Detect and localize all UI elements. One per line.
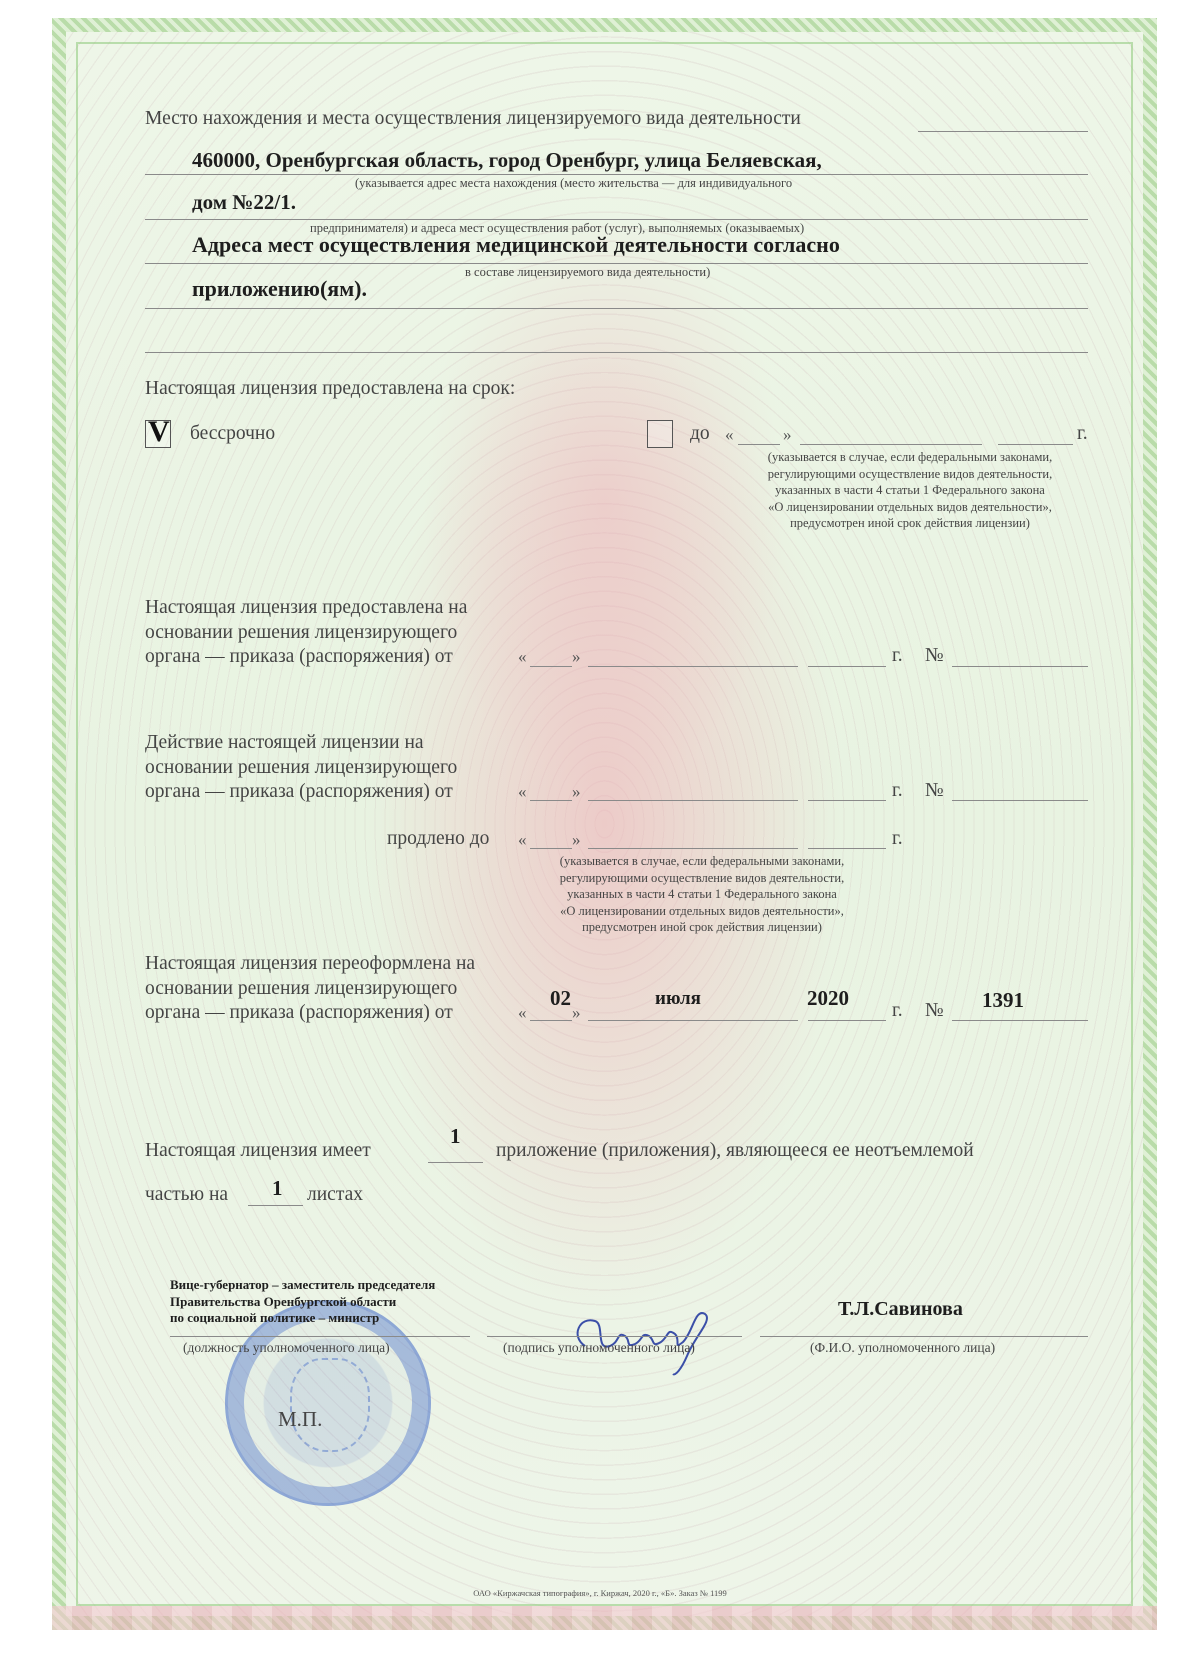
- caption-position: (должность уполномоченного лица): [183, 1340, 390, 1356]
- extended-number-field[interactable]: [952, 800, 1088, 801]
- unlimited-label: бессрочно: [190, 423, 275, 445]
- extended-until-close-quote: »: [572, 830, 581, 850]
- extended-until-year-field[interactable]: [808, 848, 886, 849]
- term-note-line: (указывается в случае, если федеральными…: [730, 449, 1090, 466]
- extended-close-quote: »: [572, 782, 581, 802]
- granted-label: Настоящая лицензия предоставлена на осно…: [145, 596, 467, 670]
- extended-until-label: продлено до: [387, 828, 489, 850]
- address-hint-1: (указывается адрес места нахождения (мес…: [355, 176, 792, 191]
- position-line: [170, 1336, 470, 1337]
- extended-year-suffix: г.: [892, 780, 903, 802]
- reissued-day-value[interactable]: 02: [550, 986, 571, 1011]
- extended-number-sign: №: [925, 780, 944, 802]
- extended-until-open-quote: «: [518, 830, 527, 850]
- license-sheet: [52, 18, 1157, 1630]
- extended-label-line: основании решения лицензирующего: [145, 756, 457, 781]
- granted-number-sign: №: [925, 645, 944, 667]
- sheets-text-after: листах: [307, 1184, 363, 1206]
- caption-signature: (подпись уполномоченного лица): [503, 1340, 695, 1356]
- extended-open-quote: «: [518, 782, 527, 802]
- appendix-text-after: приложение (приложения), являющееся ее н…: [496, 1140, 974, 1162]
- until-close-quote: »: [783, 425, 792, 445]
- until-year-suffix: г.: [1077, 423, 1088, 445]
- reissued-label-line: Настоящая лицензия переоформлена на: [145, 952, 475, 977]
- extended-until-month-field[interactable]: [588, 848, 798, 849]
- until-year-field[interactable]: [998, 444, 1073, 445]
- signatory-position: Вице-губернатор – заместитель председате…: [170, 1277, 435, 1327]
- extended-until-year-suffix: г.: [892, 828, 903, 850]
- granted-label-line: Настоящая лицензия предоставлена на: [145, 596, 467, 621]
- checkbox-until[interactable]: [647, 420, 673, 448]
- reissued-open-quote: «: [518, 1003, 527, 1023]
- granted-month-field[interactable]: [588, 666, 798, 667]
- reissued-number-field: [952, 1020, 1088, 1021]
- sheets-count-value[interactable]: 1: [272, 1176, 283, 1201]
- appendix-count-field: [428, 1162, 483, 1163]
- location-label-line: [918, 131, 1088, 132]
- extended-note-line: регулирующими осуществление видов деятел…: [512, 870, 892, 887]
- reissued-number-value[interactable]: 1391: [982, 988, 1024, 1013]
- address-hint-3: в составе лицензируемого вида деятельнос…: [465, 265, 710, 280]
- until-open-quote: «: [725, 425, 734, 445]
- reissued-year-field: [808, 1020, 886, 1021]
- extended-note-line: указанных в части 4 статьи 1 Федеральног…: [512, 886, 892, 903]
- signatory-position-line: Вице-губернатор – заместитель председате…: [170, 1277, 435, 1294]
- decorative-border-bottom: [52, 1606, 1157, 1630]
- appendix-text-before: Настоящая лицензия имеет: [145, 1140, 371, 1162]
- granted-year-suffix: г.: [892, 645, 903, 667]
- official-seal: [225, 1300, 431, 1506]
- reissued-month-value[interactable]: июля: [655, 988, 701, 1010]
- term-label: Настоящая лицензия предоставлена на срок…: [145, 378, 515, 400]
- until-day-field[interactable]: [738, 444, 780, 445]
- reissued-year-value[interactable]: 2020: [807, 986, 849, 1011]
- activity-line-2: приложению(ям).: [192, 276, 367, 302]
- extended-label-line: Действие настоящей лицензии на: [145, 731, 457, 756]
- extended-note-line: предусмотрен иной срок действия лицензии…: [512, 919, 892, 936]
- reissued-day-field: [530, 1020, 572, 1021]
- name-line: [760, 1336, 1088, 1337]
- term-note-line: предусмотрен иной срок действия лицензии…: [730, 515, 1090, 532]
- extended-day-field[interactable]: [530, 800, 572, 801]
- caption-name: (Ф.И.О. уполномоченного лица): [810, 1340, 995, 1356]
- extended-label-line: органа — приказа (распоряжения) от: [145, 780, 457, 805]
- address-rule-2: [145, 219, 1088, 220]
- activity-rule-2: [145, 308, 1088, 309]
- appendix-count-value[interactable]: 1: [450, 1124, 461, 1149]
- activity-line-1: Адреса мест осуществления медицинской де…: [192, 232, 840, 258]
- granted-label-line: основании решения лицензирующего: [145, 621, 467, 646]
- reissued-label: Настоящая лицензия переоформлена на осно…: [145, 952, 475, 1026]
- check-mark-icon: V: [148, 415, 170, 449]
- granted-day-field[interactable]: [530, 666, 572, 667]
- extended-until-day-field[interactable]: [530, 848, 572, 849]
- address-rule-1: [145, 174, 1088, 175]
- extended-note-line: «О лицензировании отдельных видов деятел…: [512, 903, 892, 920]
- term-note-line: указанных в части 4 статьи 1 Федеральног…: [730, 482, 1090, 499]
- coat-of-arms-icon: [290, 1358, 370, 1452]
- reissued-number-sign: №: [925, 1000, 944, 1022]
- term-note-line: «О лицензировании отдельных видов деятел…: [730, 499, 1090, 516]
- granted-number-field[interactable]: [952, 666, 1088, 667]
- extended-note: (указывается в случае, если федеральными…: [512, 853, 892, 936]
- until-month-field[interactable]: [800, 444, 982, 445]
- signatory-position-line: по социальной политике – министр: [170, 1310, 435, 1327]
- reissued-label-line: основании решения лицензирующего: [145, 977, 475, 1002]
- signatory-position-line: Правительства Оренбургской области: [170, 1294, 435, 1311]
- activity-rule-1: [145, 263, 1088, 264]
- reissued-close-quote: »: [572, 1003, 581, 1023]
- term-note-line: регулирующими осуществление видов деятел…: [730, 466, 1090, 483]
- extended-year-field[interactable]: [808, 800, 886, 801]
- granted-close-quote: »: [572, 647, 581, 667]
- granted-label-line: органа — приказа (распоряжения) от: [145, 645, 467, 670]
- seal-label: М.П.: [278, 1407, 322, 1432]
- checkbox-unlimited[interactable]: V: [145, 420, 171, 448]
- until-label: до: [690, 423, 710, 445]
- address-line-2: дом №22/1.: [192, 190, 296, 215]
- sheets-text-before: частью на: [145, 1184, 228, 1206]
- granted-open-quote: «: [518, 647, 527, 667]
- extended-month-field[interactable]: [588, 800, 798, 801]
- signature-line: [487, 1336, 742, 1337]
- granted-year-field[interactable]: [808, 666, 886, 667]
- term-note: (указывается в случае, если федеральными…: [730, 449, 1090, 532]
- extended-label: Действие настоящей лицензии на основании…: [145, 731, 457, 805]
- printer-imprint: ОАО «Киржачская типография», г. Киржач, …: [0, 1588, 1200, 1598]
- signatory-name: Т.Л.Савинова: [838, 1298, 963, 1321]
- activity-rule-3: [145, 352, 1088, 353]
- reissued-month-field: [588, 1020, 798, 1021]
- location-label: Место нахождения и места осуществления л…: [145, 108, 801, 130]
- reissued-label-line: органа — приказа (распоряжения) от: [145, 1001, 475, 1026]
- address-line-1: 460000, Оренбургская область, город Орен…: [192, 148, 822, 173]
- sheets-count-field: [248, 1205, 303, 1206]
- extended-note-line: (указывается в случае, если федеральными…: [512, 853, 892, 870]
- reissued-year-suffix: г.: [892, 1000, 903, 1022]
